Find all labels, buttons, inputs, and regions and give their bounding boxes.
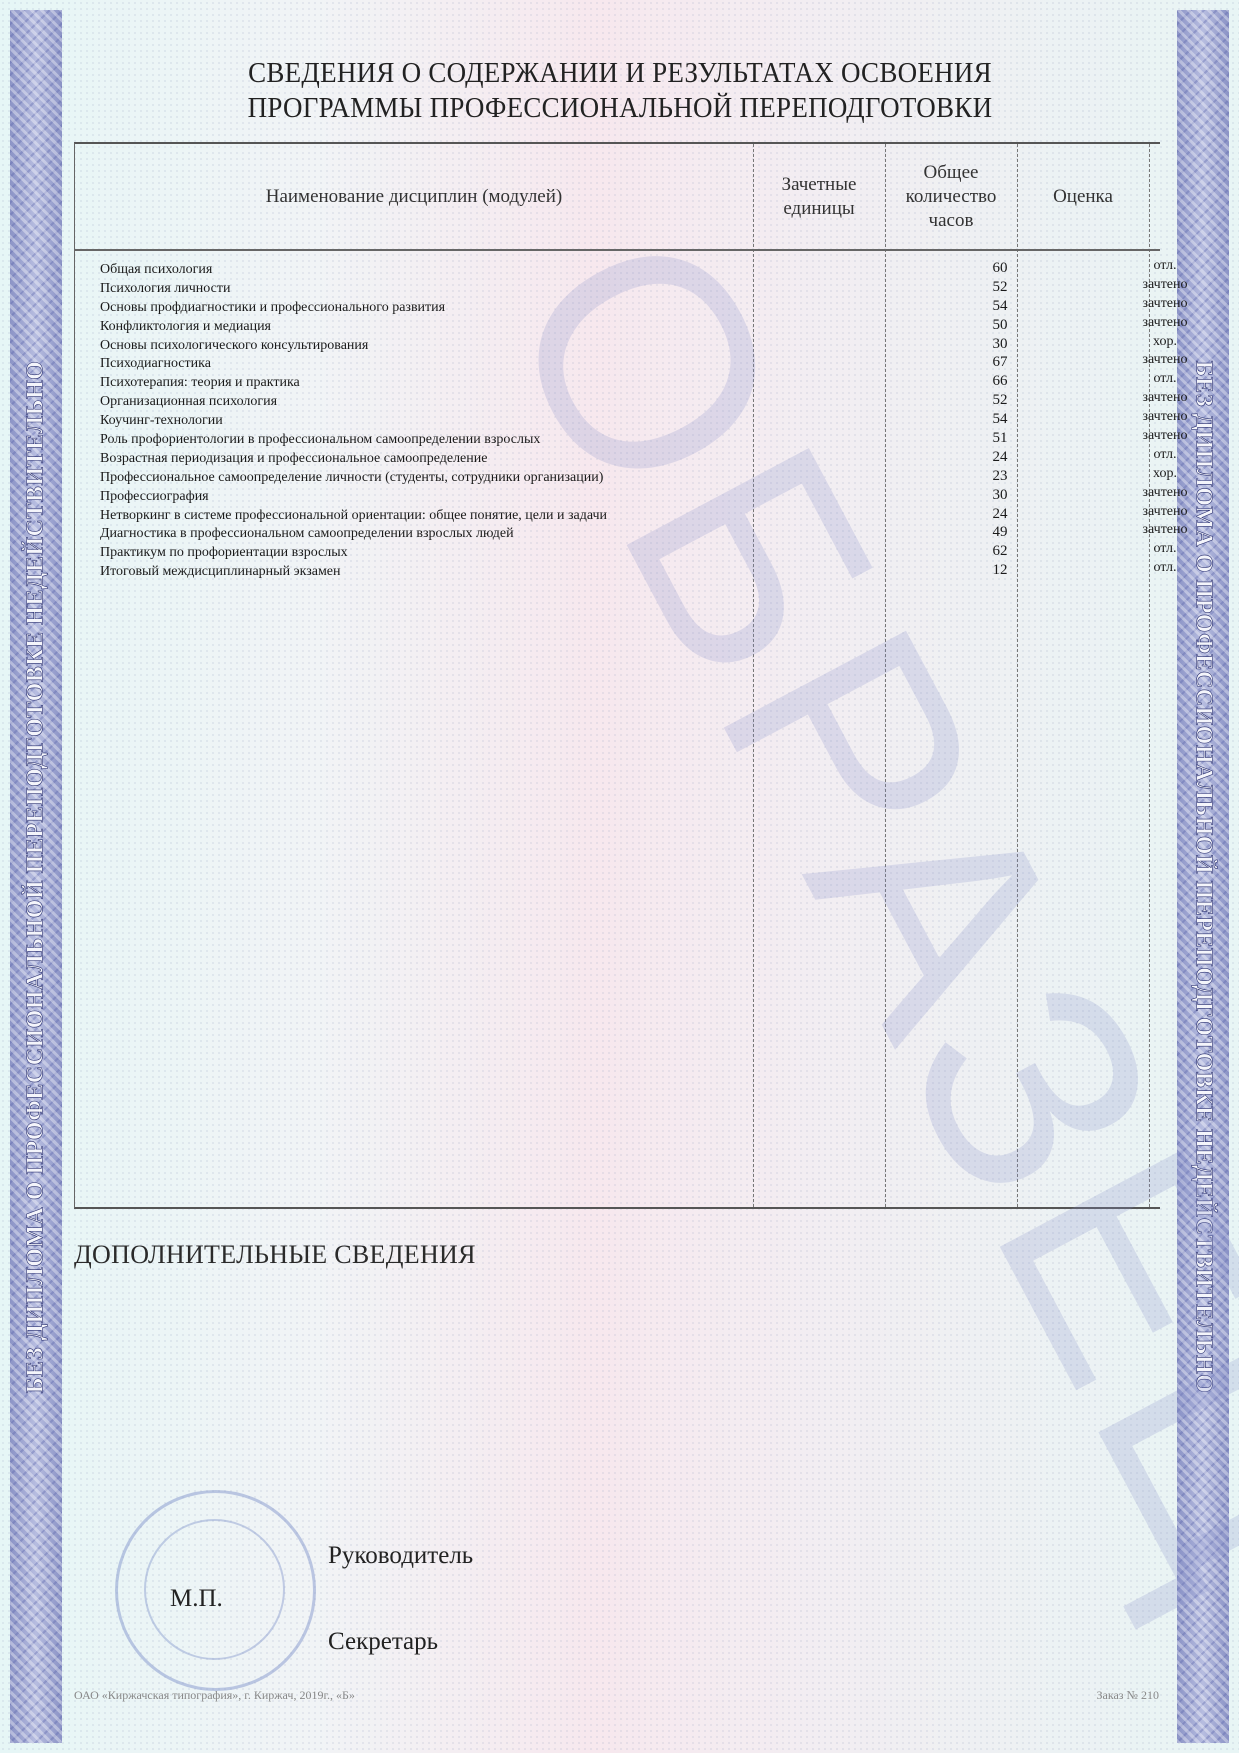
hours-value: 49: [955, 523, 1045, 541]
title-line-2: ПРОГРАММЫ ПРОФЕССИОНАЛЬНОЙ ПЕРЕПОДГОТОВК…: [192, 91, 1048, 126]
hours-value: 12: [955, 561, 1045, 579]
table-body: Общая психология60отл.Психология личност…: [100, 261, 1160, 582]
hours-value: 30: [955, 486, 1045, 504]
additional-info-title: ДОПОЛНИТЕЛЬНЫЕ СВЕДЕНИЯ: [74, 1240, 476, 1270]
grade-value: отл.: [1100, 540, 1230, 558]
discipline-name: Общая психология: [100, 261, 212, 279]
grade-value: зачтено: [1100, 276, 1230, 294]
header-credits: Зачетные единицы: [753, 144, 885, 249]
grade-value: зачтено: [1100, 521, 1230, 539]
hours-value: 62: [955, 542, 1045, 560]
discipline-name: Диагностика в профессиональном самоопред…: [100, 525, 514, 543]
header-grade: Оценка: [1017, 144, 1149, 249]
discipline-name: Возрастная периодизация и профессиональн…: [100, 450, 487, 468]
hours-value: 24: [955, 448, 1045, 466]
discipline-name: Психотерапия: теория и практика: [100, 374, 300, 392]
table-row: Итоговый междисциплинарный экзамен12отл.: [100, 563, 1160, 582]
grade-value: зачтено: [1100, 427, 1230, 445]
grade-value: отл.: [1100, 370, 1230, 388]
hours-value: 60: [955, 259, 1045, 277]
head-signature-label: Руководитель: [328, 1542, 473, 1570]
discipline-name: Основы психологического консультирования: [100, 337, 368, 355]
discipline-name: Нетворкинг в системе профессиональной ор…: [100, 507, 607, 525]
grade-value: зачтено: [1100, 295, 1230, 313]
grade-value: зачтено: [1100, 314, 1230, 332]
hours-value: 51: [955, 429, 1045, 447]
hours-value: 23: [955, 467, 1045, 485]
discipline-name: Профессиональное самоопределение личност…: [100, 469, 603, 487]
grade-value: отл.: [1100, 446, 1230, 464]
discipline-name: Итоговый междисциплинарный экзамен: [100, 563, 341, 581]
secretary-signature-label: Секретарь: [328, 1628, 438, 1656]
grade-value: зачтено: [1100, 503, 1230, 521]
header-discipline-name: Наименование дисциплин (модулей): [75, 144, 753, 249]
grade-value: отл.: [1100, 559, 1230, 577]
hours-value: 52: [955, 391, 1045, 409]
discipline-name: Роль профориентологии в профессиональном…: [100, 431, 540, 449]
hours-value: 50: [955, 316, 1045, 334]
discipline-name: Психология личности: [100, 280, 230, 298]
grade-value: зачтено: [1100, 484, 1230, 502]
discipline-name: Конфликтология и медиация: [100, 318, 271, 336]
grade-value: зачтено: [1100, 351, 1230, 369]
discipline-name: Основы профдиагностики и профессионально…: [100, 299, 445, 317]
discipline-name: Практикум по профориентации взрослых: [100, 544, 348, 562]
hours-value: 54: [955, 410, 1045, 428]
discipline-name: Коучинг-технологии: [100, 412, 223, 430]
header-hours: Общее количество часов: [885, 144, 1017, 249]
grade-value: хор.: [1100, 465, 1230, 483]
left-security-border: БЕЗ ДИПЛОМА О ПРОФЕССИОНАЛЬНОЙ ПЕРЕПОДГО…: [10, 10, 62, 1743]
title-line-1: СВЕДЕНИЯ О СОДЕРЖАНИИ И РЕЗУЛЬТАТАХ ОСВО…: [192, 56, 1048, 91]
header-divider: [75, 249, 1160, 251]
hours-value: 30: [955, 335, 1045, 353]
discipline-name: Психодиагностика: [100, 355, 211, 373]
hours-value: 54: [955, 297, 1045, 315]
grade-value: хор.: [1100, 333, 1230, 351]
border-warning-text: БЕЗ ДИПЛОМА О ПРОФЕССИОНАЛЬНОЙ ПЕРЕПОДГО…: [23, 360, 50, 1393]
hours-value: 67: [955, 353, 1045, 371]
hours-value: 66: [955, 372, 1045, 390]
grade-value: зачтено: [1100, 389, 1230, 407]
grade-value: зачтено: [1100, 408, 1230, 426]
seal-label: М.П.: [170, 1585, 223, 1613]
hours-value: 24: [955, 505, 1045, 523]
discipline-name: Профессиография: [100, 488, 209, 506]
hours-value: 52: [955, 278, 1045, 296]
grade-value: отл.: [1100, 257, 1230, 275]
order-number: Заказ № 210: [1096, 1688, 1159, 1703]
page-title: СВЕДЕНИЯ О СОДЕРЖАНИИ И РЕЗУЛЬТАТАХ ОСВО…: [160, 56, 1080, 126]
discipline-name: Организационная психология: [100, 393, 277, 411]
printer-info: ОАО «Киржачская типография», г. Киржач, …: [74, 1688, 355, 1703]
